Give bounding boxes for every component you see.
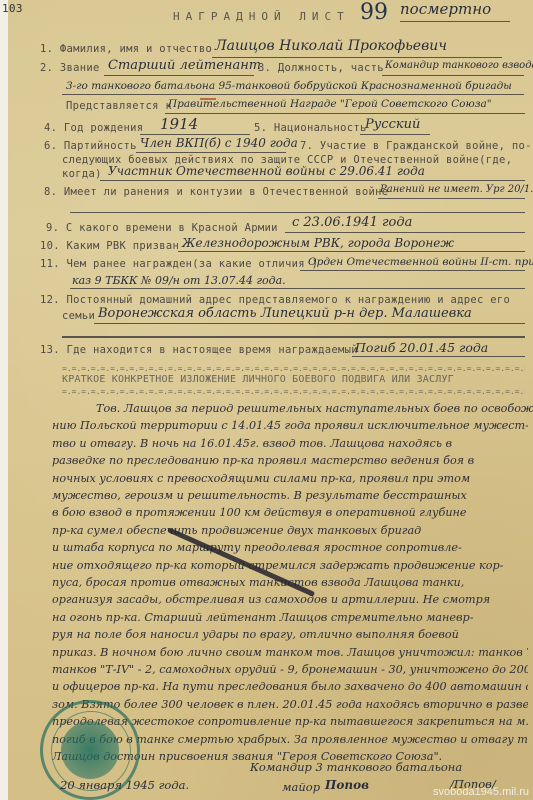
narrative-line: и штаба корпуса по маршруту преодолевая … [52,541,528,554]
narrative-line: ние отходящего пр-ка который стремился з… [52,559,528,572]
signature-rank: майор [282,780,320,794]
field-12-label: 12. Постоянный домашний адрес представля… [40,294,510,306]
narrative-line: приказ. В ночном бою лично своим танком … [52,646,528,659]
field-9-label: 9. С какого времени в Красной Армии [46,222,278,234]
field-3-value: Командир танкового взвода [385,60,533,71]
divider-bottom: =.=.=.=.=.=.=.=.=.=.=.=.=.=.=.=.=.=.=.=.… [62,387,525,396]
narrative-line: мужество, героизм и решительность. В рез… [52,489,528,502]
field-11-value: Орден Отечественной войны II-ст. при- [308,256,533,268]
narrative-line: и офицеров пр-ка. На пути преследования … [52,680,528,693]
field-11-value-cont: каз 9 ТБКК № 09/н от 13.07.44 года. [72,274,286,287]
narrative-line: в бою взвод в протяжении 100 км действуя… [52,506,528,519]
narrative-line: зом. Взято более 300 человек в плен. 20.… [52,698,528,711]
field-12-value: Воронежская область Липецкий р-н дер. Ма… [98,306,472,321]
field-8-label: 8. Имеет ли ранения и контузии в Отечест… [44,186,388,198]
field-7-label-line1: 7. Участие в Гражданской войне, по- [300,140,532,152]
narrative-line: разведке по преследованию пр-ка проявил … [52,454,528,467]
field-9-value: с 23.06.1941 года [292,215,412,230]
field-4-value: 1914 [160,115,198,133]
watermark: svoboda1945.mil.ru [433,786,529,798]
field-6-label: 6. Партийность [44,140,137,152]
narrative-line: на огонь пр-ка. Старший лейтенант Лашцов… [52,611,528,624]
posthumous-annotation: посмертно [400,0,491,18]
field-8-value: Ранений не имеет. Ург 20/1. [380,184,533,195]
presented-value: Правительственной Награде "Герой Советск… [168,98,492,110]
field-3-value-cont: 3-го танкового батальона 95-танковой боб… [66,80,512,92]
section-title: КРАТКОЕ КОНКРЕТНОЕ ИЗЛОЖЕНИЕ ЛИЧНОГО БОЕ… [62,374,454,385]
field-7-value: Участник Отечественной войны с 29.06.41 … [108,164,425,178]
signature-name: Попов [325,778,369,792]
field-3-label: 3. Должность, часть [258,62,384,74]
field-1-label: 1. Фамилия, имя и отчество [40,43,212,55]
divider-top: =.=.=.=.=.=.=.=.=.=.=.=.=.=.=.=.=.=.=.=.… [62,364,525,373]
narrative-line: тво и отвагу. В ночь на 16.01.45г. взвод… [52,437,528,450]
field-1-value: Лашцов Николай Прокофьевич [215,38,447,54]
signature-date: 20 января 1945 года. [60,778,189,792]
field-7-label-line3: когда) [62,168,102,180]
field-6-value: Член ВКП(б) с 1940 года [140,136,298,150]
archive-number: 103 [2,2,23,15]
field-13-label: 13. Где находится в настоящее время нагр… [40,344,358,356]
field-5-label: 5. Национальность [254,122,367,134]
narrative-line: Тов. Лашцов за период решительных наступ… [96,402,533,415]
field-2-label: 2. Звание [40,62,100,74]
narrative-line: пр-ка сумел обеспечить продвижение двух … [52,524,528,537]
sheet-number: 99 [360,0,388,25]
page-title: НАГРАДНОЙ ЛИСТ [173,10,350,23]
narrative-line: руя на поле боя наносил удары по врагу, … [52,628,528,641]
narrative-line: ночных условиях с превосходящими силами … [52,472,528,485]
field-2-value: Старший лейтенант [108,58,261,73]
signature-title: Командир 3 танкового батальона [250,760,462,774]
scan-margin [0,0,8,800]
field-5-value: Русский [365,117,420,132]
field-10-label: 10. Каким РВК призван [40,240,179,252]
narrative-line: нию Польской территории с 14.01.45 года … [52,419,528,432]
narrative-line: танков "Т-IV" - 2, самоходных орудий - 9… [52,663,528,676]
presented-label: Представляется к [66,100,172,112]
field-12-label-line2: семьи [62,310,95,322]
field-11-label: 11. Чем ранее награжден(за какие отличия… [40,258,318,270]
field-4-label: 4. Год рождения [44,122,143,134]
field-13-value: Погиб 20.01.45 года [355,340,488,355]
narrative-line: организуя засады, обстреливая из самоход… [52,593,528,606]
field-10-value: Железнодорожным РВК, города Воронеж [182,236,454,250]
